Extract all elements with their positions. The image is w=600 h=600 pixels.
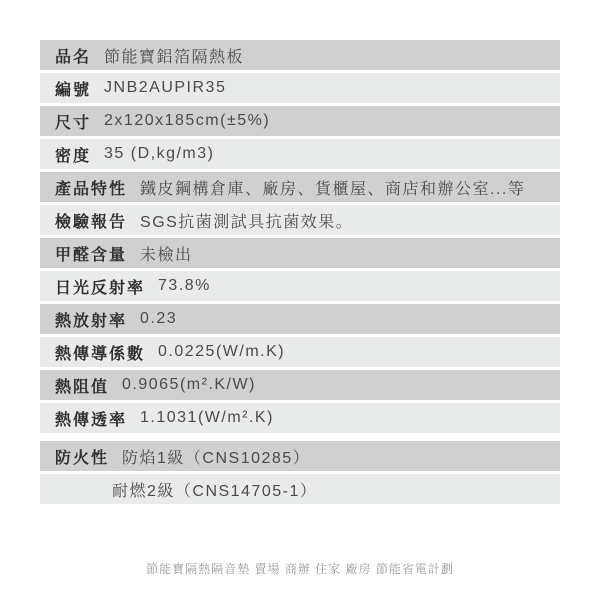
spec-row-thermal-conductivity: 熱傳導係數 0.0225(W/m.K) [40, 337, 560, 367]
spec-row-solar-reflectance: 日光反射率 73.8% [40, 271, 560, 301]
spec-value: 0.23 [140, 310, 177, 328]
spec-label: 熱放射率 [55, 308, 127, 331]
spec-label: 防火性 [55, 445, 109, 468]
spec-label: 熱傳透率 [55, 407, 127, 430]
spec-value: 防焰1級（CNS10285） [122, 445, 310, 468]
spec-label: 編號 [55, 77, 91, 100]
spec-table: 品名 節能寶鋁箔隔熱板 編號 JNB2AUPIR35 尺寸 2x120x185c… [40, 40, 560, 507]
spec-value: 0.0225(W/m.K) [158, 343, 285, 361]
spec-row-test-report: 檢驗報告 SGS抗菌測試具抗菌效果。 [40, 205, 560, 235]
spec-label: 熱阻值 [55, 374, 109, 397]
spec-value: 節能寶鋁箔隔熱板 [104, 44, 244, 67]
spec-row-product-name: 品名 節能寶鋁箔隔熱板 [40, 40, 560, 70]
spec-row-thermal-transmittance: 熱傳透率 1.1031(W/m².K) [40, 403, 560, 433]
spec-value: JNB2AUPIR35 [104, 79, 226, 97]
spec-row-fire-rating-2: 耐燃2級（CNS14705-1） [40, 474, 560, 504]
spec-value: 2x120x185cm(±5%) [104, 112, 270, 130]
spec-label: 品名 [55, 44, 91, 67]
spec-value: 鐵皮鋼構倉庫、廠房、貨櫃屋、商店和辦公室...等 [140, 176, 525, 199]
spec-value: 35 (D,kg/m3) [104, 145, 214, 163]
product-spec-page: 品名 節能寶鋁箔隔熱板 編號 JNB2AUPIR35 尺寸 2x120x185c… [0, 0, 600, 600]
spec-label: 熱傳導係數 [55, 341, 145, 364]
spec-value: 0.9065(m².K/W) [122, 376, 256, 394]
spec-row-emissivity: 熱放射率 0.23 [40, 304, 560, 334]
footer-tagline: 節能寶隔熱隔音墊 賣場 商辦 住家 廠房 節能省電計劃 [0, 560, 600, 577]
spec-label: 日光反射率 [55, 275, 145, 298]
spec-row-fire-rating: 防火性 防焰1級（CNS10285） [40, 441, 560, 471]
spec-label: 尺寸 [55, 110, 91, 133]
spec-row-formaldehyde: 甲醛含量 未檢出 [40, 238, 560, 268]
spec-label: 檢驗報告 [55, 209, 127, 232]
spec-value: 耐燃2級（CNS14705-1） [112, 478, 317, 501]
spec-row-density: 密度 35 (D,kg/m3) [40, 139, 560, 169]
spec-row-dimensions: 尺寸 2x120x185cm(±5%) [40, 106, 560, 136]
spec-label: 甲醛含量 [55, 242, 127, 265]
spec-value: SGS抗菌測試具抗菌效果。 [140, 209, 353, 232]
spec-value: 73.8% [158, 277, 211, 295]
spec-label: 密度 [55, 143, 91, 166]
spec-value: 1.1031(W/m².K) [140, 409, 274, 427]
spec-value: 未檢出 [140, 242, 193, 265]
spec-row-model-number: 編號 JNB2AUPIR35 [40, 73, 560, 103]
spec-row-thermal-resistance: 熱阻值 0.9065(m².K/W) [40, 370, 560, 400]
spec-label: 產品特性 [55, 176, 127, 199]
spec-row-features: 產品特性 鐵皮鋼構倉庫、廠房、貨櫃屋、商店和辦公室...等 [40, 172, 560, 202]
